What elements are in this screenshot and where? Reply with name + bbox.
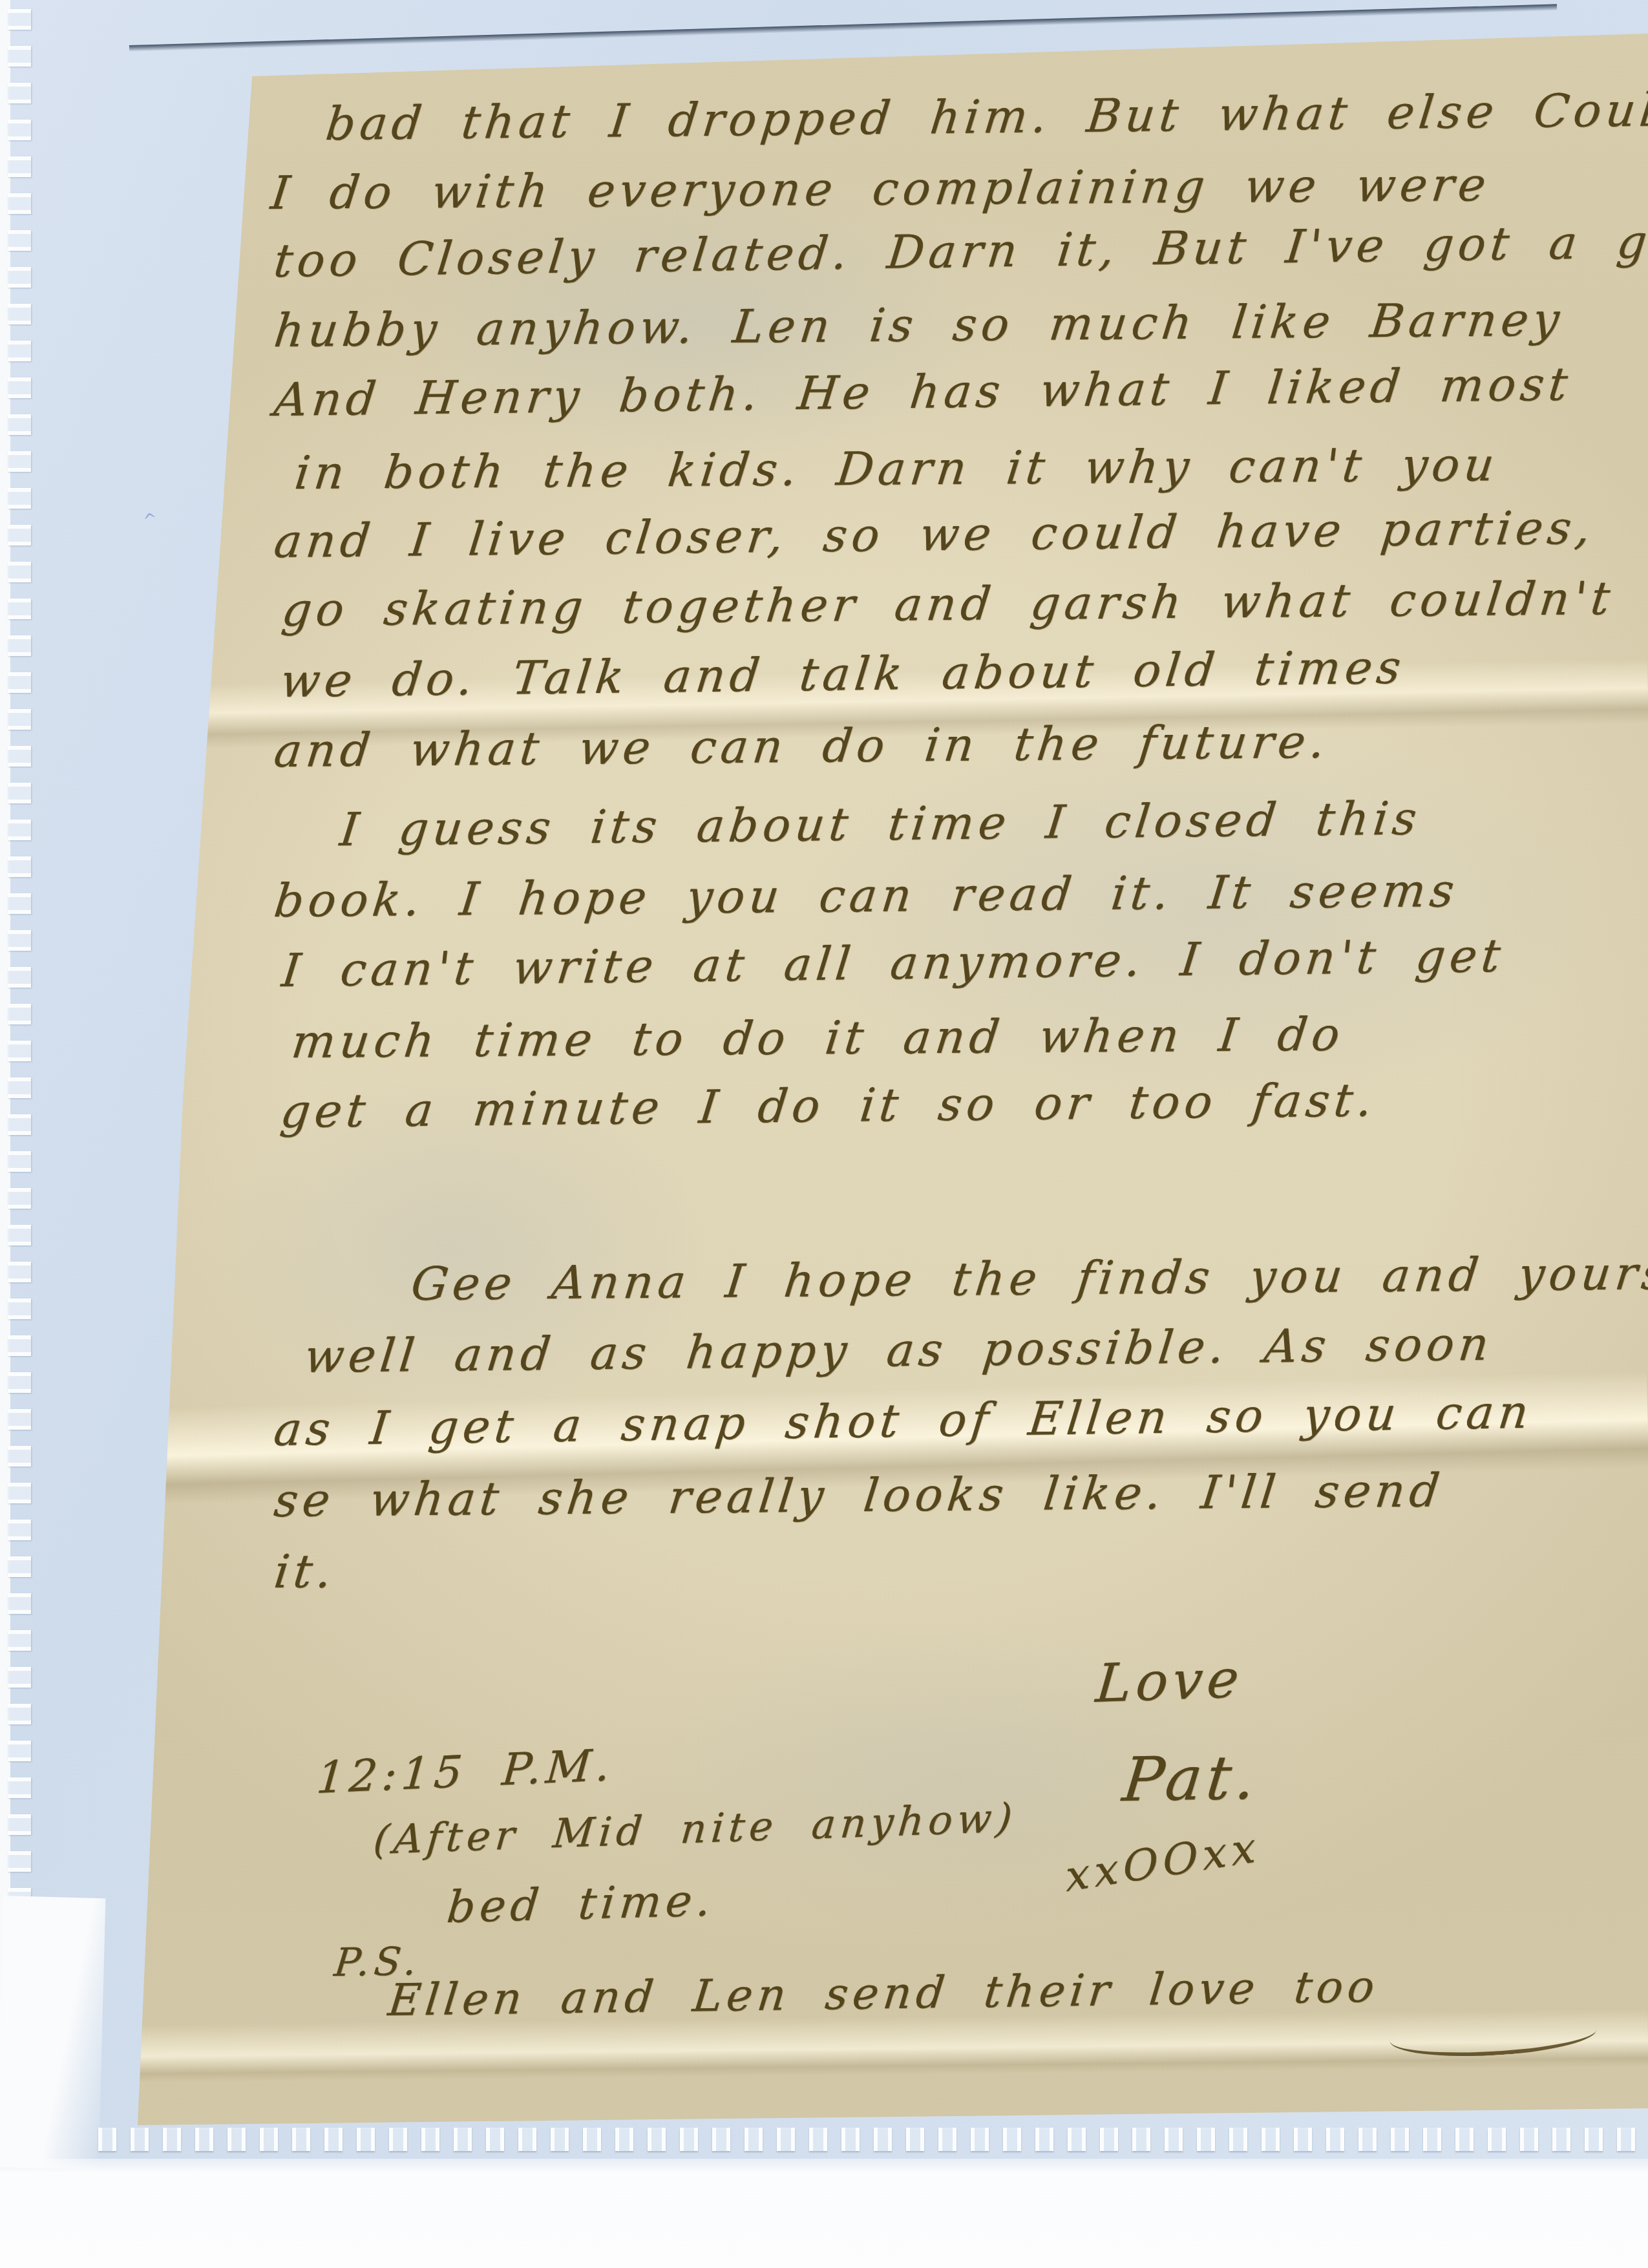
handwriting-line: much time to do it and when I do bbox=[289, 1008, 1347, 1068]
handwriting-line: and what we can do in the future. bbox=[271, 715, 1332, 778]
handwriting-line: se what she really looks like. I'll send bbox=[271, 1463, 1446, 1527]
handwriting-line: it. bbox=[271, 1545, 339, 1598]
sleeve-stitch-seam-bottom bbox=[90, 2128, 1648, 2151]
handwriting-line: Gee Anna I hope the finds you and yours bbox=[408, 1246, 1648, 1311]
sleeve-bottom-backing bbox=[0, 2159, 1648, 2268]
handwriting-line: I do with everyone complaining we were bbox=[268, 158, 1493, 220]
handwriting-line: I guess its about time I closed this bbox=[337, 792, 1424, 856]
valediction: Love bbox=[1093, 1648, 1246, 1715]
handwriting-line: in both the kids. Darn it why can't you bbox=[292, 438, 1501, 500]
handwriting-line: hubby anyhow. Len is so much like Barney bbox=[271, 293, 1567, 357]
scanned-letter-page: ^ bad that I dropped him. But what else … bbox=[0, 0, 1648, 2268]
handwriting-line: book. I hope you can read it. It seems bbox=[271, 864, 1461, 927]
signature: Pat. bbox=[1119, 1743, 1263, 1816]
bedtime-note: bed time. bbox=[445, 1875, 717, 1933]
sleeve-bottom-left-backing bbox=[0, 1896, 105, 2170]
sleeve-stitch-seam-left bbox=[8, 0, 31, 2159]
stray-pen-mark: ^ bbox=[142, 509, 160, 531]
